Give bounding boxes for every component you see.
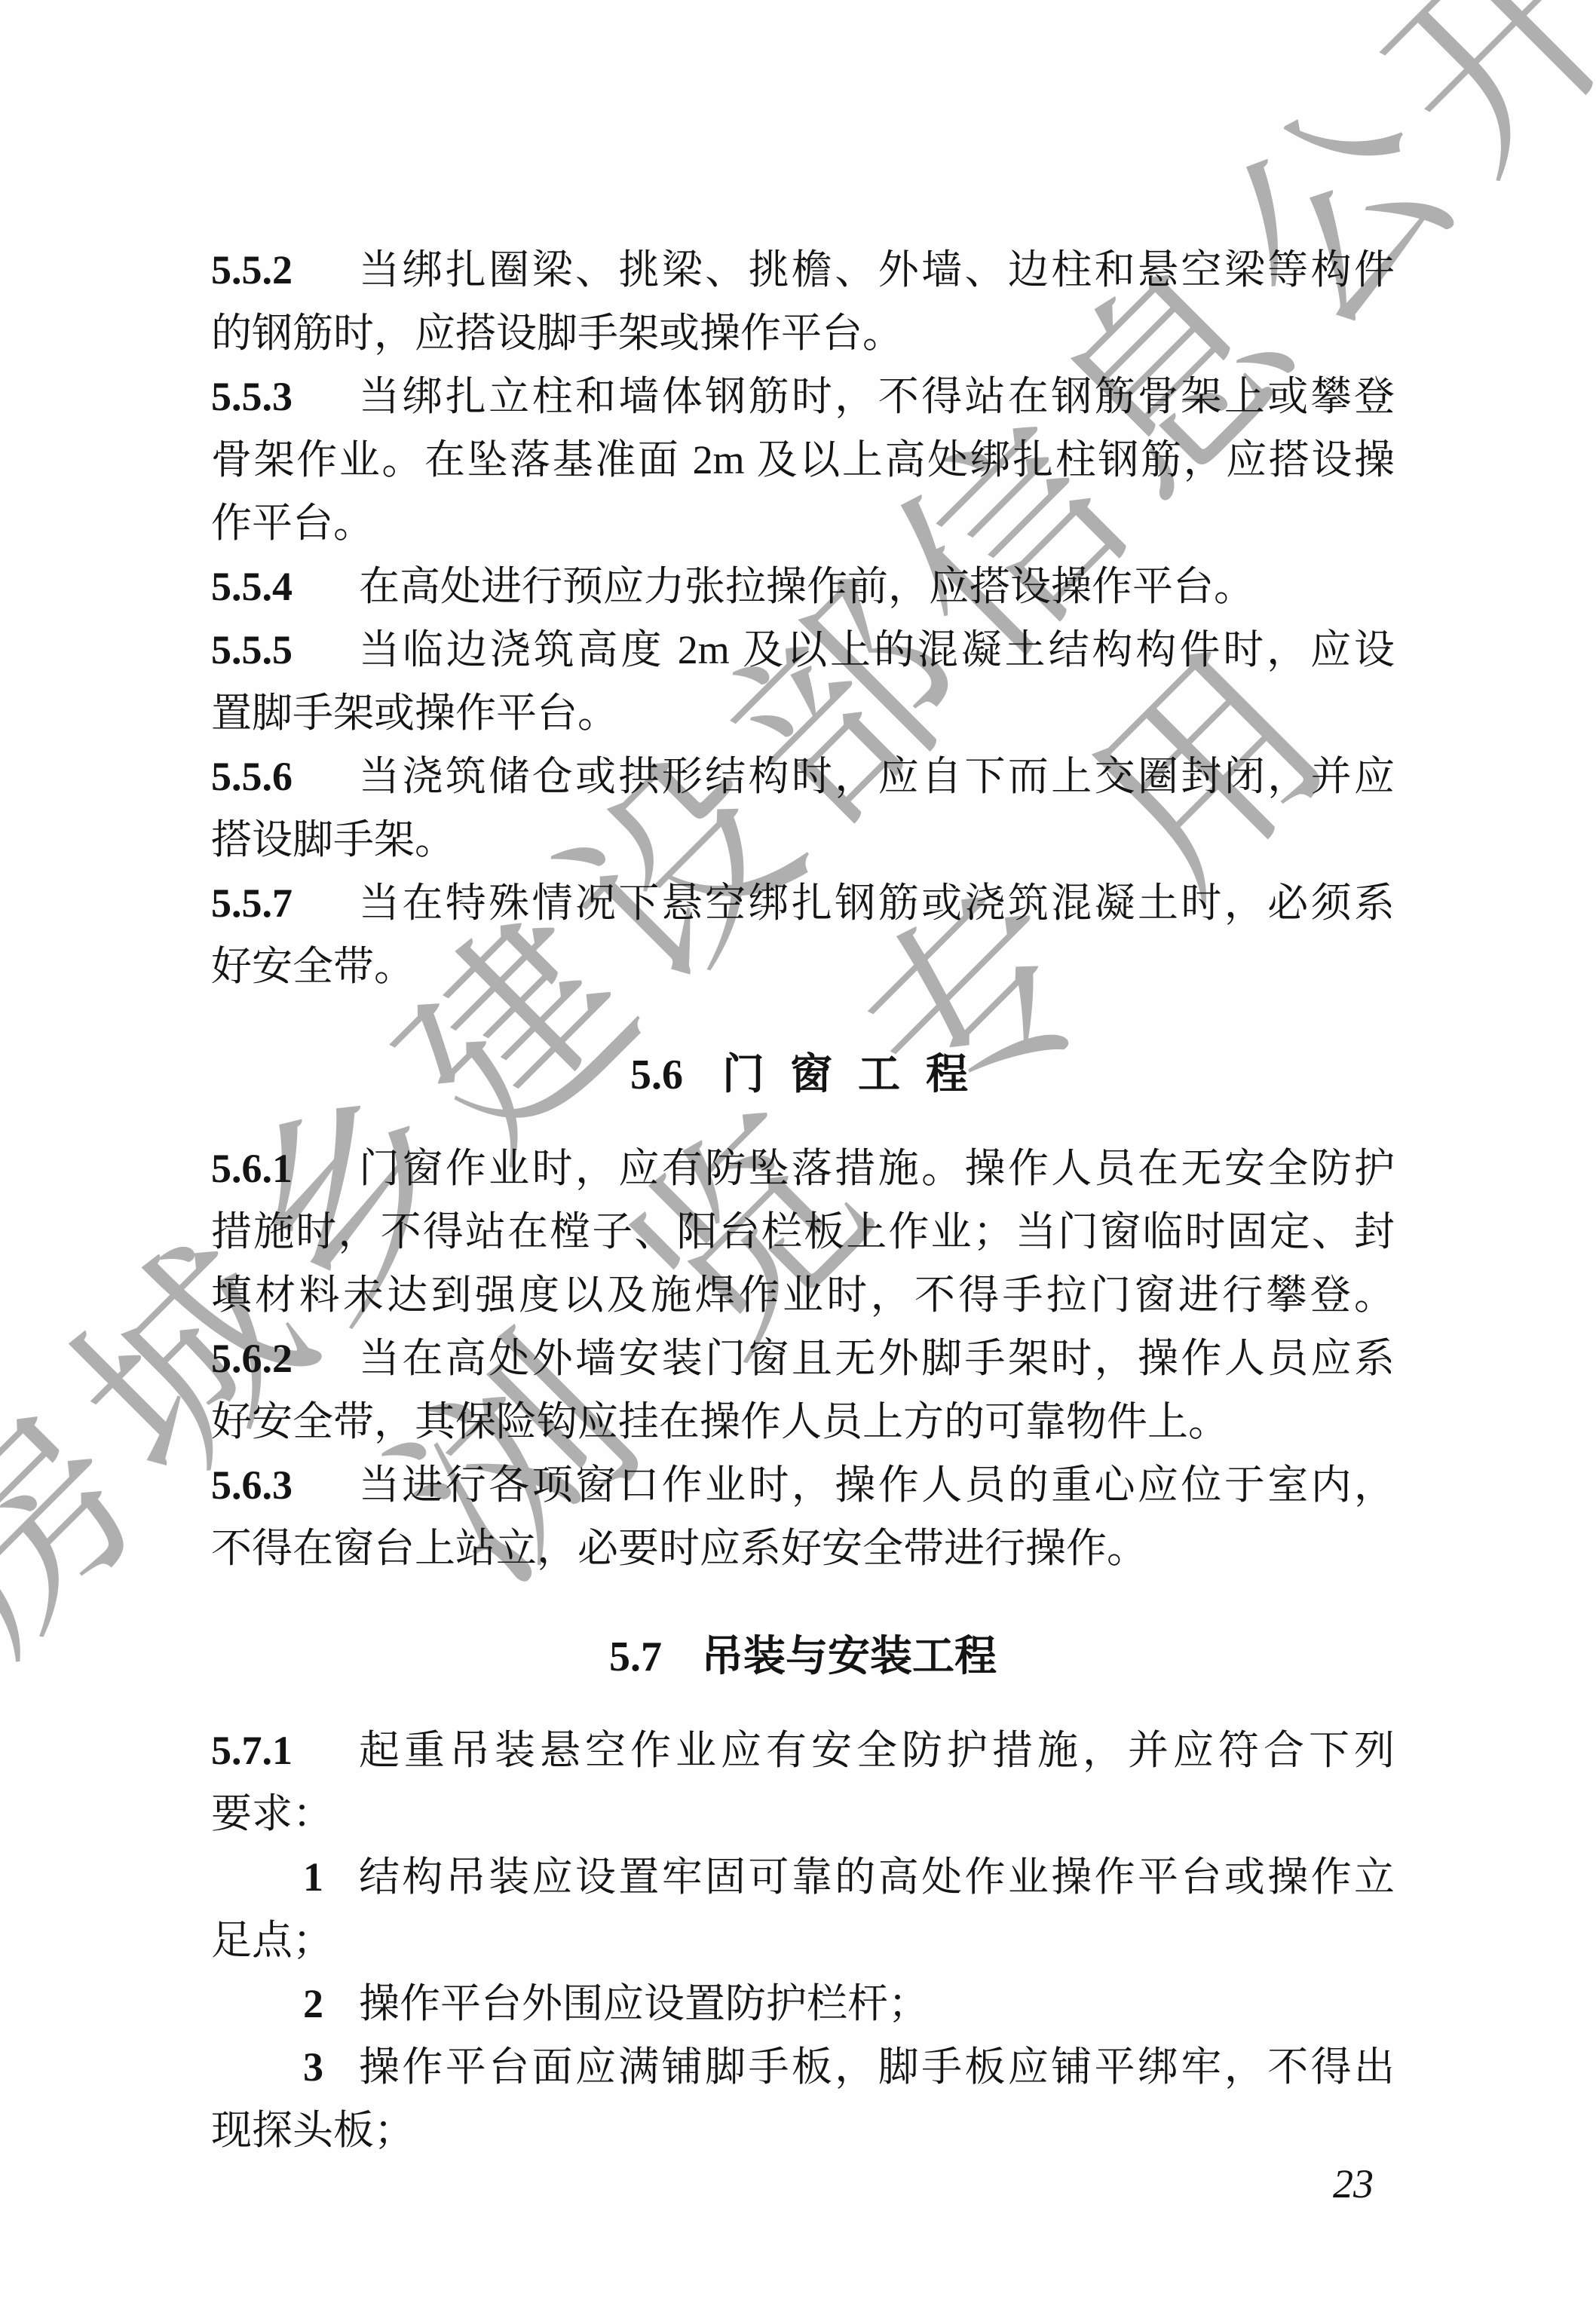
text-line: 要求：: [211, 1782, 1395, 1845]
clause-number: 5.5.4: [211, 555, 359, 618]
clause-line: 5.5.6当浇筑储仓或拱形结构时，应自下而上交圈封闭，并应: [211, 745, 1395, 808]
clause-text: 足点；: [211, 1909, 1395, 1972]
section-title: 门 窗 工 程: [722, 1052, 976, 1098]
clause-text: 措施时，不得站在樘子、阳台栏板上作业；当门窗临时固定、封: [211, 1200, 1395, 1263]
text-line: 置脚手架或操作平台。: [211, 681, 1395, 745]
clause-text: 当在特殊情况下悬空绑扎钢筋或浇筑混凝土时，必须系: [359, 871, 1395, 935]
clause-text: 在高处进行预应力张拉操作前，应搭设操作平台。: [359, 555, 1395, 618]
document-page: 住房城乡建设部信息公开 浏览专用 5.5.2当绑扎圈梁、挑梁、挑檐、外墙、边柱和…: [0, 0, 1596, 2312]
clause-text: 骨架作业。在坠落基准面 2m 及以上高处绑扎柱钢筋，应搭设操: [211, 428, 1395, 491]
text-line: 好安全带。: [211, 935, 1395, 998]
section-number: 5.7: [609, 1634, 662, 1680]
clause-line: 5.5.5当临边浇筑高度 2m 及以上的混凝土结构构件时，应设: [211, 618, 1395, 681]
clause-line: 5.6.1门窗作业时，应有防坠落措施。操作人员在无安全防护: [211, 1137, 1395, 1200]
clause-number: 5.6.1: [211, 1137, 359, 1200]
clause-text: 要求：: [211, 1782, 1395, 1845]
clause-text: 好安全带。: [211, 935, 1395, 998]
clause-text: 好安全带，其保险钩应挂在操作人员上方的可靠物件上。: [211, 1390, 1395, 1453]
text-line: 骨架作业。在坠落基准面 2m 及以上高处绑扎柱钢筋，应搭设操: [211, 428, 1395, 491]
text-line: 填材料未达到强度以及施焊作业时，不得手拉门窗进行攀登。: [211, 1263, 1395, 1327]
clause-number: 5.6.2: [211, 1327, 359, 1390]
clause-text: 当绑扎立柱和墙体钢筋时，不得站在钢筋骨架上或攀登: [359, 365, 1395, 428]
section-heading: 5.7吊装与安装工程: [211, 1625, 1395, 1689]
clause-number: 5.7.1: [211, 1719, 359, 1782]
clause-text: 操作平台面应满铺脚手板，脚手板应铺平绑牢，不得出: [359, 2035, 1395, 2099]
clause-text: 操作平台外围应设置防护栏杆；: [359, 1972, 1395, 2035]
clause-number: 1: [211, 1845, 359, 1909]
clause-line: 2操作平台外围应设置防护栏杆；: [211, 1972, 1395, 2035]
clause-number: 3: [211, 2035, 359, 2099]
clause-text: 当在高处外墙安装门窗且无外脚手架时，操作人员应系: [359, 1327, 1395, 1390]
clause-line: 5.5.4在高处进行预应力张拉操作前，应搭设操作平台。: [211, 555, 1395, 618]
clause-number: 5.5.2: [211, 238, 359, 302]
clause-text: 当绑扎圈梁、挑梁、挑檐、外墙、边柱和悬空梁等构件: [359, 238, 1395, 302]
clause-number: 5.5.3: [211, 365, 359, 428]
text-line: 的钢筋时，应搭设脚手架或操作平台。: [211, 302, 1395, 365]
clause-text: 门窗作业时，应有防坠落措施。操作人员在无安全防护: [359, 1137, 1395, 1200]
clause-text: 现探头板；: [211, 2099, 1395, 2162]
clause-text: 填材料未达到强度以及施焊作业时，不得手拉门窗进行攀登。: [211, 1263, 1395, 1327]
clause-line: 1结构吊装应设置牢固可靠的高处作业操作平台或操作立: [211, 1845, 1395, 1909]
clause-text: 搭设脚手架。: [211, 808, 1395, 871]
clause-number: 5.5.5: [211, 618, 359, 681]
section-heading: 5.6门 窗 工 程: [211, 1043, 1395, 1107]
page-number: 23: [1333, 2162, 1374, 2206]
clause-number: 5.5.6: [211, 745, 359, 808]
section-title: 吊装与安装工程: [701, 1634, 997, 1680]
clause-line: 5.5.7当在特殊情况下悬空绑扎钢筋或浇筑混凝土时，必须系: [211, 871, 1395, 935]
clause-text: 当浇筑储仓或拱形结构时，应自下而上交圈封闭，并应: [359, 745, 1395, 808]
clause-line: 5.5.2当绑扎圈梁、挑梁、挑檐、外墙、边柱和悬空梁等构件: [211, 238, 1395, 302]
document-body: 5.5.2当绑扎圈梁、挑梁、挑檐、外墙、边柱和悬空梁等构件的钢筋时，应搭设脚手架…: [211, 238, 1395, 2162]
clause-number: 2: [211, 1972, 359, 2035]
clause-number: 5.5.7: [211, 871, 359, 935]
clause-line: 3操作平台面应满铺脚手板，脚手板应铺平绑牢，不得出: [211, 2035, 1395, 2099]
clause-line: 5.6.2当在高处外墙安装门窗且无外脚手架时，操作人员应系: [211, 1327, 1395, 1390]
clause-text: 当进行各项窗口作业时，操作人员的重心应位于室内，: [359, 1453, 1395, 1517]
clause-line: 5.6.3当进行各项窗口作业时，操作人员的重心应位于室内，: [211, 1453, 1395, 1517]
clause-text: 置脚手架或操作平台。: [211, 681, 1395, 745]
clause-text: 作平台。: [211, 491, 1395, 555]
section-number: 5.6: [630, 1052, 683, 1098]
clause-line: 5.5.3当绑扎立柱和墙体钢筋时，不得站在钢筋骨架上或攀登: [211, 365, 1395, 428]
clause-line: 5.7.1起重吊装悬空作业应有安全防护措施，并应符合下列: [211, 1719, 1395, 1782]
clause-number: 5.6.3: [211, 1453, 359, 1517]
clause-text: 不得在窗台上站立，必要时应系好安全带进行操作。: [211, 1517, 1395, 1580]
text-line: 现探头板；: [211, 2099, 1395, 2162]
clause-text: 当临边浇筑高度 2m 及以上的混凝土结构构件时，应设: [359, 618, 1395, 681]
text-line: 搭设脚手架。: [211, 808, 1395, 871]
clause-text: 结构吊装应设置牢固可靠的高处作业操作平台或操作立: [359, 1845, 1395, 1909]
clause-text: 起重吊装悬空作业应有安全防护措施，并应符合下列: [359, 1719, 1395, 1782]
clause-text: 的钢筋时，应搭设脚手架或操作平台。: [211, 302, 1395, 365]
text-line: 作平台。: [211, 491, 1395, 555]
text-line: 好安全带，其保险钩应挂在操作人员上方的可靠物件上。: [211, 1390, 1395, 1453]
text-line: 措施时，不得站在樘子、阳台栏板上作业；当门窗临时固定、封: [211, 1200, 1395, 1263]
text-line: 足点；: [211, 1909, 1395, 1972]
text-line: 不得在窗台上站立，必要时应系好安全带进行操作。: [211, 1517, 1395, 1580]
